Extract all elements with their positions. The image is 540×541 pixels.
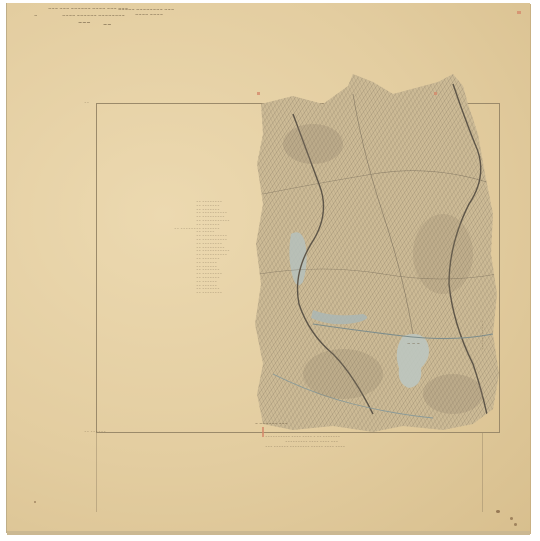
frame-bottom-left-label: ~~ ~~~~~~ [84, 429, 106, 433]
legend-list: ~~ ~~~~~~~~ ~~ ~~~~~~~ ~~ ~~~~~~~ ~~ ~~~… [196, 200, 248, 295]
legend-side-label: ~~ ~~~~~~ [174, 226, 196, 230]
stain [496, 510, 500, 513]
frame-top-left-label: ~~ [84, 100, 89, 104]
frame-right-tick [482, 432, 483, 512]
header-note-2: ~~~~ ~~~~~~ ~~~~~~~~ [62, 13, 125, 18]
frame-left-tick [96, 432, 97, 512]
footer-note-3: ~~~ ~~~~~~ ~~~~~~~~ ~~~~~ ~~~~ ~~~~ [265, 444, 385, 449]
stain [34, 501, 36, 503]
right-margin-label-1: ~~~~~ ~~~~ [478, 155, 482, 180]
footer-red-mark [262, 427, 264, 437]
legend-entry: ~~ ~~~~~~~~ [196, 291, 248, 295]
footer-notes: ~~~~~~~~~~ ~~~~ ~~~~ ~ ~~ ~~~~~~~ ~~~~~~… [265, 434, 385, 449]
map-bottom-title: ~ ~~~~~~ ~~~ [255, 422, 288, 426]
sheet-edge [7, 531, 530, 535]
map-terrain-graphic [253, 74, 499, 432]
frame-left-line [96, 103, 97, 433]
header-right-note-2: ~~~~ ~~~~ [135, 12, 163, 17]
stain [514, 523, 517, 526]
header-note-3: ~~~ [78, 20, 91, 26]
lake-label: ~ ~ ~ [407, 342, 420, 346]
frame-bottom-line [96, 432, 500, 433]
corner-red-mark [517, 11, 521, 14]
right-margin-label-2: ~~~~~~~~~~ ~ [480, 320, 484, 350]
topographic-map: ~ ~ ~ ~ ~~~~~~ ~~~ [253, 74, 499, 432]
header-note-1: ~~~ ~~~ ~~~~~~ ~~~~ ~~~ ~~~ [48, 6, 128, 11]
corner-number: ~ [34, 13, 37, 18]
header-note-4: ~~ [103, 22, 111, 28]
frame-right-line [499, 103, 500, 433]
stain [510, 517, 513, 520]
